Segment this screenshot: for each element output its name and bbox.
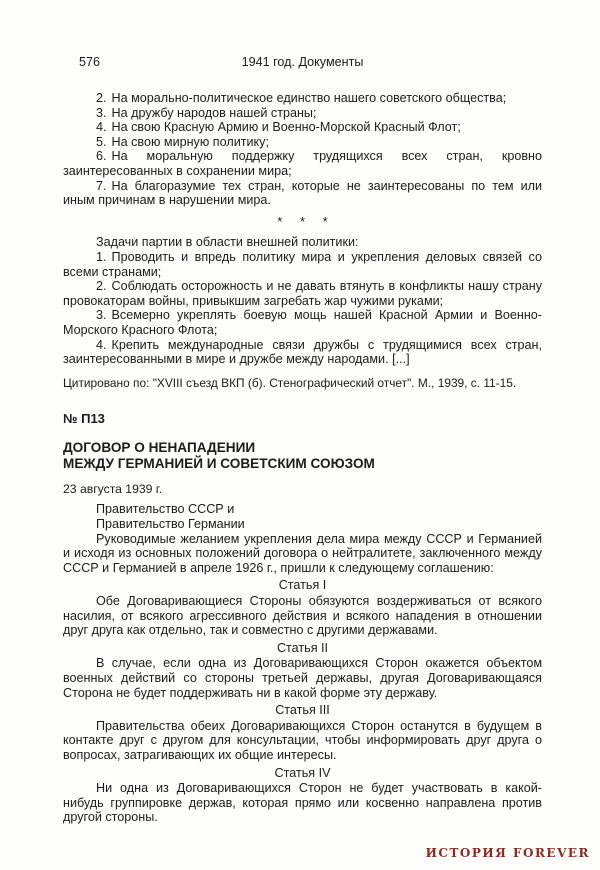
list-item-number: 3. (96, 106, 107, 120)
article-text: В случае, если одна из Договаривающихся … (63, 656, 542, 700)
list-item-number: 1. (96, 250, 107, 264)
list-item-number: 5. (96, 135, 107, 149)
list-item-text: Всемерно укреплять боевую мощь нашей Кра… (63, 308, 542, 337)
list-item-number: 7. (96, 179, 107, 193)
document-title-line2: МЕЖДУ ГЕРМАНИЕЙ И СОВЕТСКИМ СОЮЗОМ (63, 456, 542, 472)
document-page: 576 1941 год. Документы 2.На морально-по… (0, 0, 600, 870)
running-head: 576 1941 год. Документы (63, 55, 542, 71)
article-text: Ни одна из Договаривающихся Сторон не бу… (63, 781, 542, 825)
article-text: Обе Договаривающиеся Стороны обязуются в… (63, 594, 542, 638)
list-item-text: На морально-политическое единство нашего… (112, 91, 507, 105)
list-item-number: 2. (96, 91, 107, 105)
list-item-number: 4. (96, 120, 107, 134)
list-item-text: На свою мирную политику; (112, 135, 269, 149)
party-line: Правительство Германии (63, 517, 542, 532)
list-item-text: Крепить международные связи дружбы с тру… (63, 338, 542, 367)
list-item: 6.На моральную поддержку трудящихся всех… (63, 149, 542, 178)
list-item: 7.На благоразумие тех стран, которые не … (63, 179, 542, 208)
list-item-text: На благоразумие тех стран, которые не за… (63, 179, 542, 208)
list-item: 3.На дружбу народов нашей страны; (63, 106, 542, 121)
document-title-line1: ДОГОВОР О НЕНАПАДЕНИИ (63, 440, 542, 456)
tasks-intro: Задачи партии в области внешней политики… (63, 235, 542, 250)
list-item-number: 6. (96, 149, 107, 163)
article-heading: Статья II (63, 641, 542, 656)
watermark: ИСТОРИЯ FOREVER (426, 846, 590, 861)
list-item: 5.На свою мирную политику; (63, 135, 542, 150)
citation: Цитировано по: "XVIII съезд ВКП (б). Сте… (63, 376, 542, 391)
document-date: 23 августа 1939 г. (63, 482, 542, 497)
list-item-text: На моральную поддержку трудящихся всех с… (63, 149, 542, 178)
section-separator: * * * (63, 215, 542, 230)
article-heading: Статья IV (63, 766, 542, 781)
article-heading: Статья I (63, 578, 542, 593)
list-item-number: 4. (96, 338, 107, 352)
article-heading: Статья III (63, 703, 542, 718)
list-item-text: Проводить и впредь политику мира и укреп… (63, 250, 542, 279)
document-number: № П13 (63, 412, 542, 427)
list-item: 4.На свою Красную Армию и Военно-Морской… (63, 120, 542, 135)
list-item: 3.Всемерно укреплять боевую мощь нашей К… (63, 308, 542, 337)
preamble: Руководимые желанием укрепления дела мир… (63, 532, 542, 576)
article-text: Правительства обеих Договаривающихся Сто… (63, 719, 542, 763)
document-title: ДОГОВОР О НЕНАПАДЕНИИ МЕЖДУ ГЕРМАНИЕЙ И … (63, 440, 542, 472)
list-item: 2.На морально-политическое единство наше… (63, 91, 542, 106)
party-line: Правительство СССР и (63, 502, 542, 517)
list-item-text: Соблюдать осторожность и не давать втяну… (63, 279, 542, 308)
list-item: 2.Соблюдать осторожность и не давать втя… (63, 279, 542, 308)
running-title: 1941 год. Документы (63, 55, 542, 70)
list-item: 1.Проводить и впредь политику мира и укр… (63, 250, 542, 279)
list-item-text: На дружбу народов нашей страны; (112, 106, 317, 120)
list-item-number: 2. (96, 279, 107, 293)
list-item: 4.Крепить международные связи дружбы с т… (63, 338, 542, 367)
list-item-text: На свою Красную Армию и Военно-Морской К… (112, 120, 461, 134)
list-item-number: 3. (96, 308, 107, 322)
